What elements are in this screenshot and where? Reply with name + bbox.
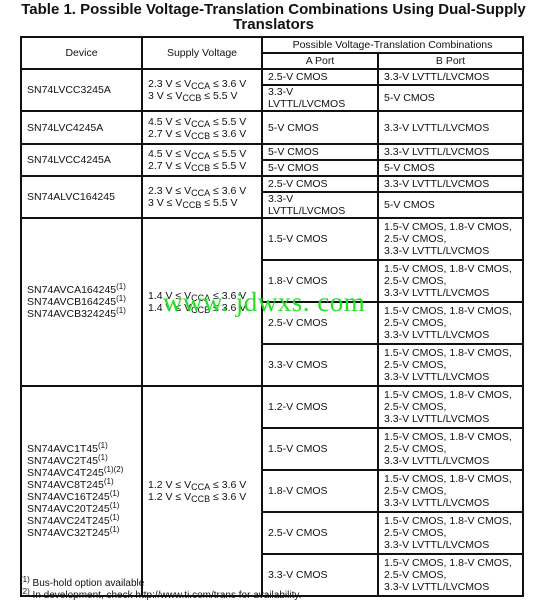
footnote-mark: (2) [20,587,30,596]
supply-voltage-range: 2.7 V ≤ VCCB ≤ 5.5 V [148,160,256,172]
device-part-number: SN74LVC4245A [27,122,103,134]
supply-prefix: 2.7 V ≤ V [148,160,191,172]
supply-suffix: ≤ 5.5 V [201,90,237,102]
supply-prefix: 1.4 V ≤ V [148,302,191,314]
b-port-cell: 5-V CMOS [378,85,523,111]
b-port-cell: 5-V CMOS [378,192,523,218]
a-port-cell: 1.5-V CMOS [262,218,378,260]
b-port-level: 2.5-V CMOS, [384,527,517,539]
supply-prefix: 1.2 V ≤ V [148,479,191,491]
b-port-level: 1.5-V CMOS, 1.8-V CMOS, [384,431,517,443]
supply-voltage-range: 1.2 V ≤ VCCB ≤ 3.6 V [148,491,256,503]
supply-rail: CCB [191,305,210,315]
device-part-number: SN74AVC2T45 [27,455,98,467]
device-part-number: SN74AVC1T45 [27,443,98,455]
b-port-cell: 1.5-V CMOS, 1.8-V CMOS,2.5-V CMOS,3.3-V … [378,470,523,512]
footnote-1: (1) Bus-hold option available [20,578,301,590]
b-port-level: 1.5-V CMOS, 1.8-V CMOS, [384,515,517,527]
device-name: SN74AVC20T245(1) [27,503,136,515]
b-port-cell: 1.5-V CMOS, 1.8-V CMOS,2.5-V CMOS,3.3-V … [378,554,523,596]
header-a-port: A Port [262,53,378,69]
a-port-cell: 1.5-V CMOS [262,428,378,470]
footnote-mark: (1) [20,575,30,584]
footnote-ref: (1) [116,306,126,315]
supply-prefix: 3 V ≤ V [148,197,182,209]
a-port-cell: 5-V CMOS [262,144,378,160]
b-port-level: 2.5-V CMOS, [384,443,517,455]
b-port-cell: 1.5-V CMOS, 1.8-V CMOS,2.5-V CMOS,3.3-V … [378,260,523,302]
b-port-cell: 1.5-V CMOS, 1.8-V CMOS,2.5-V CMOS,3.3-V … [378,344,523,386]
device-part-number: SN74AVC24T245 [27,515,110,527]
device-cell: SN74ALVC164245 [21,176,142,218]
b-port-level: 3.3-V LVTTL/LVCMOS [384,497,517,509]
b-port-cell: 1.5-V CMOS, 1.8-V CMOS,2.5-V CMOS,3.3-V … [378,428,523,470]
supply-rail: CCB [191,494,210,504]
device-name: SN74AVCB324245(1) [27,308,136,320]
table-row: SN74LVC4245A4.5 V ≤ VCCA ≤ 5.5 V2.7 V ≤ … [21,111,523,144]
device-name: SN74LVC4245A [27,122,136,134]
device-part-number: SN74AVC16T245 [27,491,110,503]
supply-voltage-range: 1.4 V ≤ VCCA ≤ 3.6 V [148,290,256,302]
a-port-cell: 2.5-V CMOS [262,176,378,192]
supply-suffix: ≤ 3.6 V [210,78,246,90]
device-cell: SN74LVC4245A [21,111,142,144]
footnote-text: In development, check http://www.ti.com/… [30,590,302,601]
a-port-cell: 1.8-V CMOS [262,470,378,512]
b-port-level: 3.3-V LVTTL/LVCMOS [384,455,517,467]
device-name: SN74ALVC164245 [27,191,136,203]
table-row: SN74AVCA164245(1)SN74AVCB164245(1)SN74AV… [21,218,523,260]
supply-prefix: 4.5 V ≤ V [148,116,191,128]
supply-voltage-cell: 2.3 V ≤ VCCA ≤ 3.6 V3 V ≤ VCCB ≤ 5.5 V [142,176,262,218]
b-port-cell: 1.5-V CMOS, 1.8-V CMOS,2.5-V CMOS,3.3-V … [378,386,523,428]
supply-voltage-range: 4.5 V ≤ VCCA ≤ 5.5 V [148,148,256,160]
b-port-cell: 5-V CMOS [378,160,523,176]
footnote-ref: (1) [110,489,120,498]
a-port-cell: 3.3-V LVTTL/LVCMOS [262,192,378,218]
supply-prefix: 1.2 V ≤ V [148,491,191,503]
b-port-level: 1.5-V CMOS, 1.8-V CMOS, [384,263,517,275]
b-port-level: 3.3-V LVTTL/LVCMOS [384,581,517,593]
footnotes: (1) Bus-hold option available (2) In dev… [20,578,301,602]
b-port-level: 5-V CMOS [384,162,517,174]
supply-prefix: 2.3 V ≤ V [148,185,191,197]
device-name: SN74AVC1T45(1) [27,443,136,455]
supply-prefix: 2.7 V ≤ V [148,128,191,140]
b-port-level: 3.3-V LVTTL/LVCMOS [384,287,517,299]
voltage-translation-table: Device Supply Voltage Possible Voltage-T… [20,36,524,597]
supply-voltage-cell: 4.5 V ≤ VCCA ≤ 5.5 V2.7 V ≤ VCCB ≤ 3.6 V [142,111,262,144]
header-device: Device [21,37,142,69]
b-port-level: 3.3-V LVTTL/LVCMOS [384,245,517,257]
device-part-number: SN74AVCB164245 [27,296,116,308]
supply-rail: CCB [182,93,201,103]
header-b-port: B Port [378,53,523,69]
b-port-cell: 1.5-V CMOS, 1.8-V CMOS,2.5-V CMOS,3.3-V … [378,218,523,260]
device-part-number: SN74AVC4T245 [27,467,104,479]
b-port-level: 2.5-V CMOS, [384,233,517,245]
footnote-ref: (1) [98,441,108,450]
b-port-level: 2.5-V CMOS, [384,317,517,329]
table-title: Table 1. Possible Voltage-Translation Co… [0,2,547,32]
footnote-ref: (1) [110,501,120,510]
supply-voltage-range: 2.3 V ≤ VCCA ≤ 3.6 V [148,78,256,90]
supply-suffix: ≤ 3.6 V [210,128,246,140]
b-port-level: 3.3-V LVTTL/LVCMOS [384,413,517,425]
table-row: SN74LVCC3245A2.3 V ≤ VCCA ≤ 3.6 V3 V ≤ V… [21,69,523,85]
a-port-cell: 2.5-V CMOS [262,69,378,85]
supply-voltage-range: 3 V ≤ VCCB ≤ 5.5 V [148,197,256,209]
device-name: SN74AVC8T245(1) [27,479,136,491]
device-part-number: SN74AVC8T245 [27,479,104,491]
footnote-text: Bus-hold option available [30,578,145,589]
supply-suffix: ≤ 5.5 V [210,116,246,128]
supply-rail: CCB [182,200,201,210]
b-port-level: 1.5-V CMOS, 1.8-V CMOS, [384,347,517,359]
a-port-cell: 3.3-V LVTTL/LVCMOS [262,85,378,111]
b-port-level: 2.5-V CMOS, [384,401,517,413]
a-port-cell: 2.5-V CMOS [262,302,378,344]
footnote-ref: (1) [116,282,126,291]
table-row: SN74LVCC4245A4.5 V ≤ VCCA ≤ 5.5 V2.7 V ≤… [21,144,523,160]
supply-voltage-cell: 1.4 V ≤ VCCA ≤ 3.6 V1.4 V ≤ VCCB ≤ 3.6 V [142,218,262,386]
table-row: SN74ALVC1642452.3 V ≤ VCCA ≤ 3.6 V3 V ≤ … [21,176,523,192]
supply-suffix: ≤ 3.6 V [210,185,246,197]
b-port-level: 1.5-V CMOS, 1.8-V CMOS, [384,473,517,485]
supply-suffix: ≤ 3.6 V [210,491,246,503]
b-port-level: 3.3-V LVTTL/LVCMOS [384,539,517,551]
device-part-number: SN74LVCC3245A [27,84,111,96]
supply-prefix: 1.4 V ≤ V [148,290,191,302]
b-port-cell: 3.3-V LVTTL/LVCMOS [378,176,523,192]
device-cell: SN74LVCC3245A [21,69,142,111]
b-port-level: 2.5-V CMOS, [384,275,517,287]
device-cell: SN74AVCA164245(1)SN74AVCB164245(1)SN74AV… [21,218,142,386]
supply-suffix: ≤ 3.6 V [210,479,246,491]
b-port-level: 3.3-V LVTTL/LVCMOS [384,146,517,158]
table-title-line-2: Translators [0,17,547,32]
supply-suffix: ≤ 3.6 V [210,290,246,302]
footnote-ref: (1) [110,525,120,534]
table-body: SN74LVCC3245A2.3 V ≤ VCCA ≤ 3.6 V3 V ≤ V… [21,69,523,596]
device-part-number: SN74AVC20T245 [27,503,110,515]
b-port-level: 3.3-V LVTTL/LVCMOS [384,71,517,83]
a-port-cell: 1.2-V CMOS [262,386,378,428]
footnote-ref: (1)(2) [104,465,124,474]
b-port-cell: 3.3-V LVTTL/LVCMOS [378,111,523,144]
supply-suffix: ≤ 3.6 V [210,302,246,314]
device-name: SN74AVC24T245(1) [27,515,136,527]
b-port-cell: 1.5-V CMOS, 1.8-V CMOS,2.5-V CMOS,3.3-V … [378,512,523,554]
b-port-level: 1.5-V CMOS, 1.8-V CMOS, [384,557,517,569]
header-combinations: Possible Voltage-Translation Combination… [262,37,523,53]
supply-voltage-cell: 4.5 V ≤ VCCA ≤ 5.5 V2.7 V ≤ VCCB ≤ 5.5 V [142,144,262,176]
b-port-cell: 3.3-V LVTTL/LVCMOS [378,69,523,85]
b-port-level: 2.5-V CMOS, [384,359,517,371]
supply-suffix: ≤ 5.5 V [210,148,246,160]
supply-prefix: 3 V ≤ V [148,90,182,102]
device-name: SN74LVCC4245A [27,154,136,166]
b-port-level: 1.5-V CMOS, 1.8-V CMOS, [384,221,517,233]
table-title-line-1: Table 1. Possible Voltage-Translation Co… [0,2,547,17]
b-port-level: 3.3-V LVTTL/LVCMOS [384,329,517,341]
b-port-level: 3.3-V LVTTL/LVCMOS [384,122,517,134]
supply-suffix: ≤ 5.5 V [210,160,246,172]
a-port-cell: 2.5-V CMOS [262,512,378,554]
b-port-level: 1.5-V CMOS, 1.8-V CMOS, [384,389,517,401]
footnote-ref: (1) [110,513,120,522]
b-port-level: 2.5-V CMOS, [384,569,517,581]
device-name: SN74AVC16T245(1) [27,491,136,503]
supply-voltage-cell: 1.2 V ≤ VCCA ≤ 3.6 V1.2 V ≤ VCCB ≤ 3.6 V [142,386,262,596]
supply-rail: CCB [191,131,210,141]
footnote-ref: (1) [116,294,126,303]
supply-rail: CCB [191,163,210,173]
b-port-cell: 3.3-V LVTTL/LVCMOS [378,144,523,160]
device-name: SN74AVC32T245(1) [27,527,136,539]
supply-voltage-range: 2.7 V ≤ VCCB ≤ 3.6 V [148,128,256,140]
device-name: SN74LVCC3245A [27,84,136,96]
device-name: SN74AVC4T245(1)(2) [27,467,136,479]
supply-voltage-range: 1.4 V ≤ VCCB ≤ 3.6 V [148,302,256,314]
b-port-level: 3.3-V LVTTL/LVCMOS [384,371,517,383]
supply-suffix: ≤ 5.5 V [201,197,237,209]
device-part-number: SN74AVCA164245 [27,284,116,296]
supply-prefix: 4.5 V ≤ V [148,148,191,160]
table-row: SN74AVC1T45(1)SN74AVC2T45(1)SN74AVC4T245… [21,386,523,428]
device-part-number: SN74LVCC4245A [27,154,111,166]
device-cell: SN74AVC1T45(1)SN74AVC2T45(1)SN74AVC4T245… [21,386,142,596]
footnote-ref: (1) [98,453,108,462]
supply-voltage-range: 3 V ≤ VCCB ≤ 5.5 V [148,90,256,102]
b-port-level: 3.3-V LVTTL/LVCMOS [384,178,517,190]
b-port-level: 1.5-V CMOS, 1.8-V CMOS, [384,305,517,317]
b-port-level: 2.5-V CMOS, [384,485,517,497]
device-part-number: SN74ALVC164245 [27,191,115,203]
b-port-level: 5-V CMOS [384,199,517,211]
a-port-cell: 5-V CMOS [262,111,378,144]
a-port-cell: 3.3-V CMOS [262,344,378,386]
b-port-level: 5-V CMOS [384,92,517,104]
supply-voltage-range: 1.2 V ≤ VCCA ≤ 3.6 V [148,479,256,491]
supply-voltage-range: 4.5 V ≤ VCCA ≤ 5.5 V [148,116,256,128]
footnote-ref: (1) [104,477,114,486]
device-part-number: SN74AVCB324245 [27,308,116,320]
supply-voltage-cell: 2.3 V ≤ VCCA ≤ 3.6 V3 V ≤ VCCB ≤ 5.5 V [142,69,262,111]
b-port-cell: 1.5-V CMOS, 1.8-V CMOS,2.5-V CMOS,3.3-V … [378,302,523,344]
device-part-number: SN74AVC32T245 [27,527,110,539]
header-supply-voltage: Supply Voltage [142,37,262,69]
a-port-cell: 5-V CMOS [262,160,378,176]
device-cell: SN74LVCC4245A [21,144,142,176]
supply-prefix: 2.3 V ≤ V [148,78,191,90]
a-port-cell: 1.8-V CMOS [262,260,378,302]
footnote-2: (2) In development, check http://www.ti.… [20,590,301,602]
supply-voltage-range: 2.3 V ≤ VCCA ≤ 3.6 V [148,185,256,197]
